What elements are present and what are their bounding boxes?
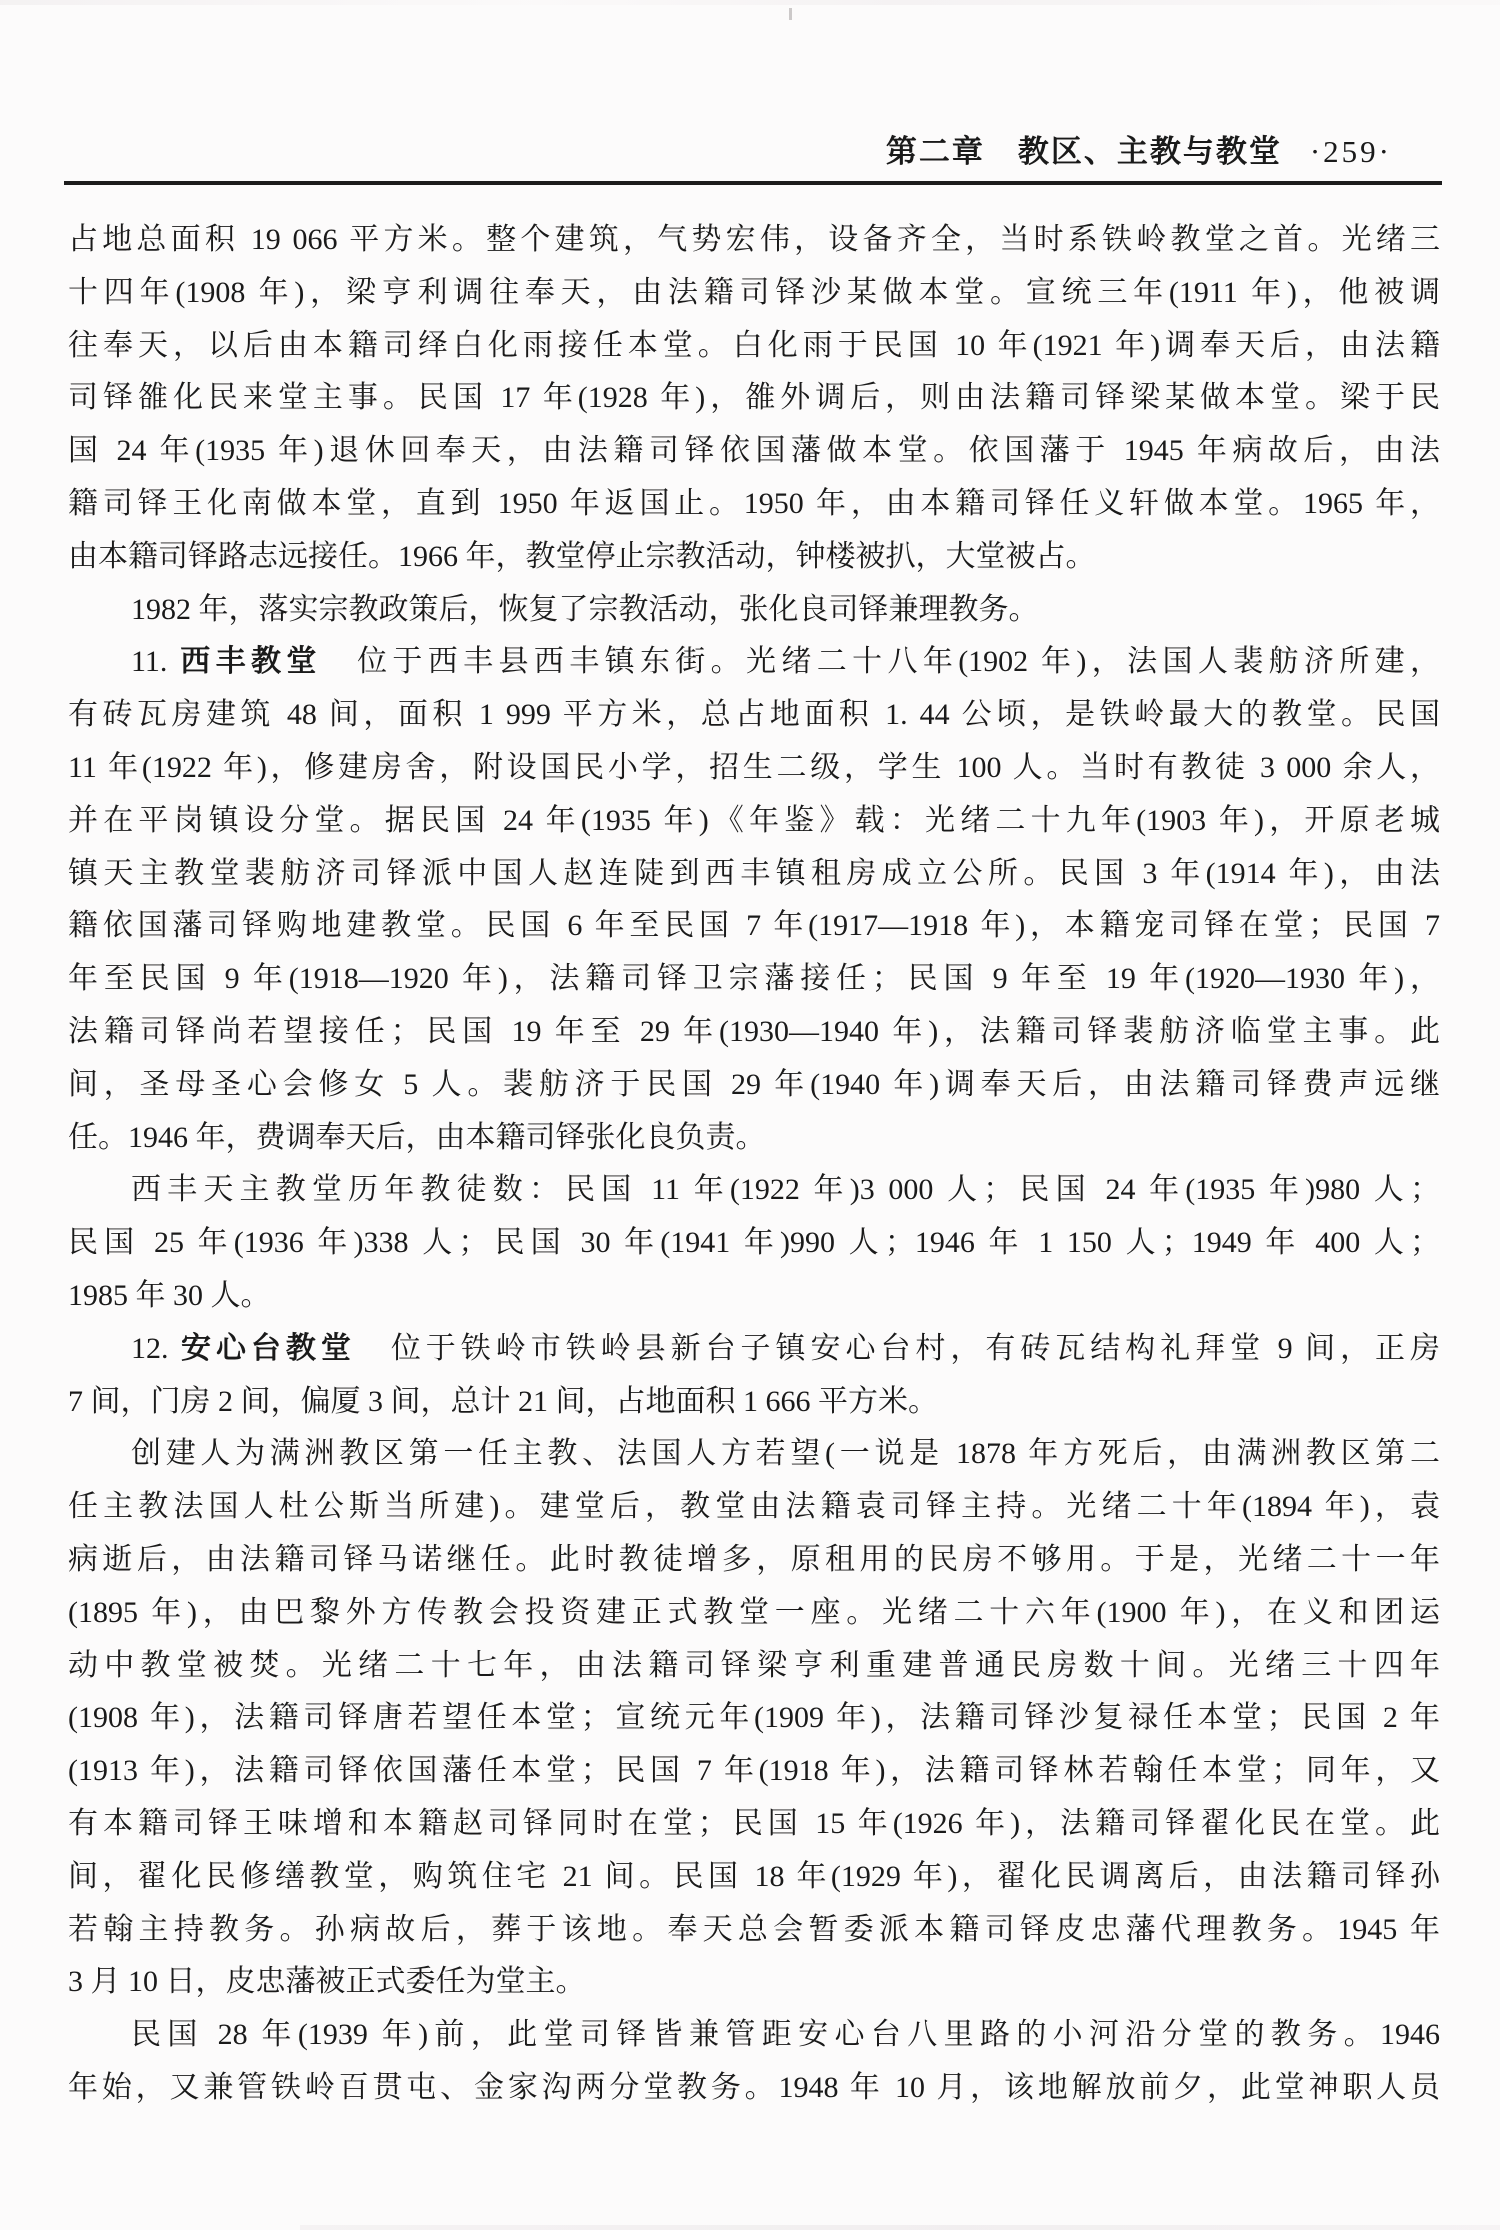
book-page: 第二章 教区、主教与教堂·259· 占地总面积 19 066 平方米。整个建筑，… bbox=[0, 0, 1500, 2230]
page-header: 第二章 教区、主教与教堂·259· bbox=[68, 134, 1392, 170]
text-line: 籍司铎王化南做本堂，直到 1950 年返国止。1950 年，由本籍司铎任义轩做本… bbox=[68, 478, 1440, 531]
text-line: 籍依国藩司铎购地建教堂。民国 6 年至民国 7 年(1917—1918 年)，本… bbox=[68, 900, 1440, 953]
page-number: ·259· bbox=[1310, 134, 1392, 169]
text-line: 民国 28 年(1939 年)前，此堂司铎皆兼管距安心台八里路的小河沿分堂的教务… bbox=[68, 2009, 1440, 2062]
text-line: 并在平岗镇设分堂。据民国 24 年(1935 年)《年鉴》载：光绪二十九年(19… bbox=[68, 795, 1440, 848]
bold-run: 安心台教堂 bbox=[181, 1332, 356, 1365]
body-text: 占地总面积 19 066 平方米。整个建筑，气势宏伟，设备齐全，当时系铁岭教堂之… bbox=[68, 214, 1440, 2115]
text-line: 1982 年，落实宗教政策后，恢复了宗教活动，张化良司铎兼理教务。 bbox=[68, 584, 1440, 637]
text-line: 间，圣母圣心会修女 5 人。裴舫济于民国 29 年(1940 年)调奉天后，由法… bbox=[68, 1059, 1440, 1112]
text-line: 占地总面积 19 066 平方米。整个建筑，气势宏伟，设备齐全，当时系铁岭教堂之… bbox=[68, 214, 1440, 267]
text-line: 十四年(1908 年)，梁亨利调往奉天，由法籍司铎沙某做本堂。宣统三年(1911… bbox=[68, 267, 1440, 320]
text-line: 国 24 年(1935 年)退休回奉天，由法籍司铎依国藩做本堂。依国藩于 194… bbox=[68, 425, 1440, 478]
text-line: 11 年(1922 年)，修建房舍，附设国民小学，招生二级，学生 100 人。当… bbox=[68, 742, 1440, 795]
chapter-title: 第二章 教区、主教与教堂 bbox=[886, 134, 1282, 169]
bold-run: 西丰教堂 bbox=[180, 645, 321, 678]
header-rule bbox=[64, 181, 1442, 185]
text-line: 有本籍司铎王味增和本籍赵司铎同时在堂；民国 15 年(1926 年)，法籍司铎翟… bbox=[68, 1798, 1440, 1851]
text-line: (1908 年)，法籍司铎唐若望任本堂；宣统元年(1909 年)，法籍司铎沙复禄… bbox=[68, 1692, 1440, 1745]
text-line: 年至民国 9 年(1918—1920 年)，法籍司铎卫宗藩接任；民国 9 年至 … bbox=[68, 953, 1440, 1006]
text-line: (1895 年)，由巴黎外方传教会投资建正式教堂一座。光绪二十六年(1900 年… bbox=[68, 1587, 1440, 1640]
text-line: 任。1946 年，费调奉天后，由本籍司铎张化良负责。 bbox=[68, 1112, 1440, 1165]
text-line: 病逝后，由法籍司铎马诺继任。此时教徒增多，原租用的民房不够用。于是，光绪二十一年 bbox=[68, 1534, 1440, 1587]
text-line: 间，翟化民修缮教堂，购筑住宅 21 间。民国 18 年(1929 年)，翟化民调… bbox=[68, 1851, 1440, 1904]
scan-artifact-top bbox=[0, 0, 1500, 5]
text-line: 动中教堂被焚。光绪二十七年，由法籍司铎梁亨利重建普通民房数十间。光绪三十四年 bbox=[68, 1640, 1440, 1693]
text-line: 由本籍司铎路志远接任。1966 年，教堂停止宗教活动，钟楼被扒，大堂被占。 bbox=[68, 531, 1440, 584]
text-line: 若翰主持教务。孙病故后，葬于该地。奉天总会暂委派本籍司铎皮忠藩代理教务。1945… bbox=[68, 1904, 1440, 1957]
text-line: (1913 年)，法籍司铎依国藩任本堂；民国 7 年(1918 年)，法籍司铎林… bbox=[68, 1745, 1440, 1798]
text-line: 法籍司铎尚若望接任；民国 19 年至 29 年(1930—1940 年)，法籍司… bbox=[68, 1006, 1440, 1059]
text-line: 往奉天，以后由本籍司绎白化雨接任本堂。白化雨于民国 10 年(1921 年)调奉… bbox=[68, 320, 1440, 373]
text-line: 任主教法国人杜公斯当所建)。建堂后，教堂由法籍袁司铎主持。光绪二十年(1894 … bbox=[68, 1481, 1440, 1534]
scan-artifact-bottom bbox=[300, 2225, 1500, 2230]
text-line: 民国 25 年(1936 年)338 人；民国 30 年(1941 年)990 … bbox=[68, 1217, 1440, 1270]
text-line: 镇天主教堂裴舫济司铎派中国人赵连陡到西丰镇租房成立公所。民国 3 年(1914 … bbox=[68, 848, 1440, 901]
text-line: 7 间，门房 2 间，偏厦 3 间，总计 21 间，占地面积 1 666 平方米… bbox=[68, 1376, 1440, 1429]
text-line: 3 月 10 日，皮忠藩被正式委任为堂主。 bbox=[68, 1956, 1440, 2009]
text-line: 1985 年 30 人。 bbox=[68, 1270, 1440, 1323]
text-line: 有砖瓦房建筑 48 间，面积 1 999 平方米，总占地面积 1. 44 公顷，… bbox=[68, 689, 1440, 742]
section-heading-12: 12. 安心台教堂 位于铁岭市铁岭县新台子镇安心台村，有砖瓦结构礼拜堂 9 间，… bbox=[68, 1323, 1440, 1376]
scan-speck bbox=[789, 8, 792, 20]
text-line: 司铎雒化民来堂主事。民国 17 年(1928 年)，雒外调后，则由法籍司铎梁某做… bbox=[68, 372, 1440, 425]
text-line: 创建人为满洲教区第一任主教、法国人方若望(一说是 1878 年方死后，由满洲教区… bbox=[68, 1428, 1440, 1481]
section-heading-11: 11. 西丰教堂 位于西丰县西丰镇东街。光绪二十八年(1902 年)，法国人裴舫… bbox=[68, 636, 1440, 689]
text-line: 年始，又兼管铁岭百贯屯、金家沟两分堂教务。1948 年 10 月，该地解放前夕，… bbox=[68, 2062, 1440, 2115]
text-line: 西丰天主教堂历年教徒数：民国 11 年(1922 年)3 000 人；民国 24… bbox=[68, 1164, 1440, 1217]
